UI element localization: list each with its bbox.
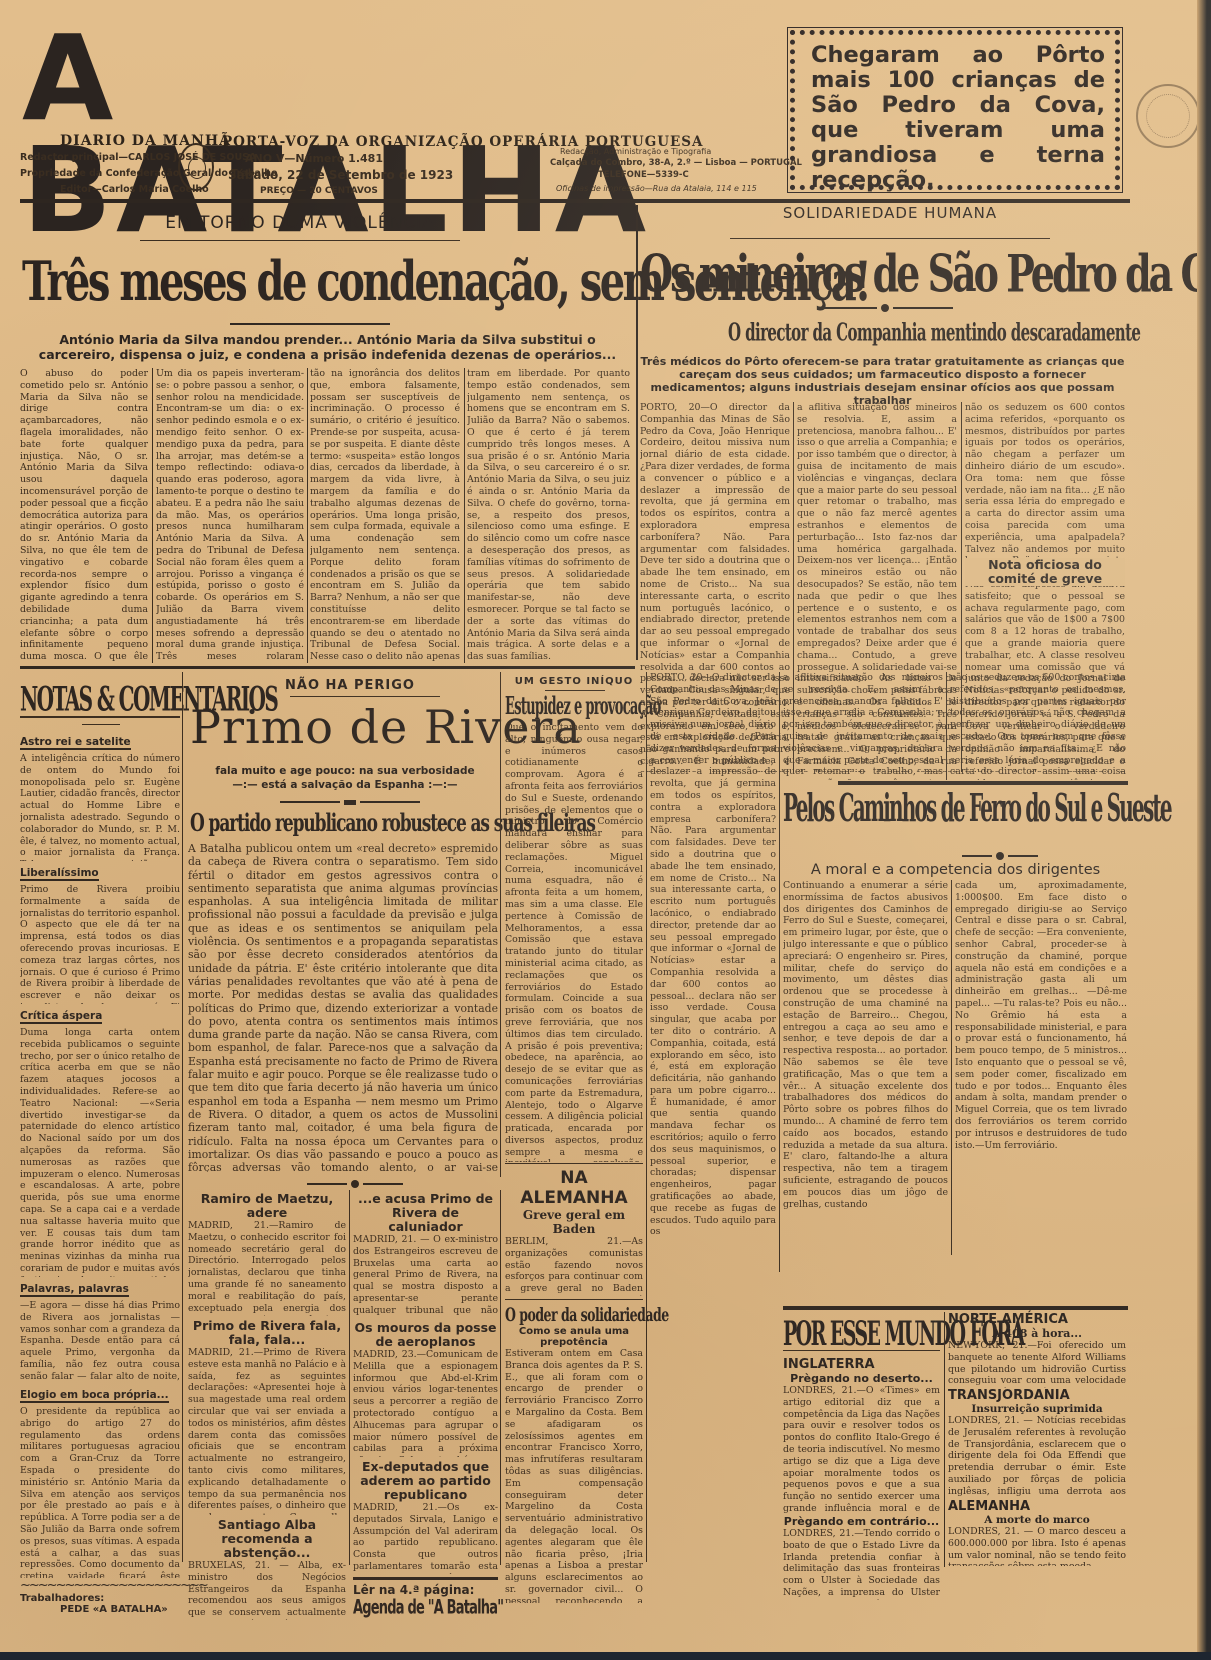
squiggle-ornament: ~~~~~~~~~~~~~~~~~~~~~: [20, 1578, 180, 1593]
item-title: A 408 à hora...: [948, 1327, 1126, 1340]
subheadline-mineiros: O director da Companhia mentindo descara…: [728, 318, 1098, 347]
divider: [82, 724, 120, 725]
item-title: Prègando no deserto...: [783, 1372, 940, 1385]
divider: [353, 1577, 498, 1580]
mundo-col-right: NORTE AMÉRICA A 408 à hora... NEW-YORK, …: [948, 1312, 1126, 1566]
kicker-primo: NÃO HA PERIGO: [250, 678, 450, 693]
solidariedade-headline: O poder da solidariedade: [505, 1303, 643, 1326]
column-rule: [182, 672, 183, 1562]
masthead-title: A BATALHA: [22, 22, 782, 134]
ferro-col-2: cada um, aproximadamente, 1:000$00. Em f…: [955, 880, 1127, 1255]
masthead-redaccao: Redacção, Administração e Tipografia: [560, 147, 711, 156]
issue-price: PREÇO — 20 CENTAVOS: [260, 186, 378, 196]
deck-primo-1: fala muito e age pouco: na sua verbosida…: [190, 764, 500, 778]
section-divider: [20, 666, 635, 669]
solidariedade-deck: Como se anula uma prepotência: [505, 1326, 643, 1348]
section-text: —E agora — disse há dias Primo de Rivera…: [20, 1300, 180, 1383]
column-rule: [500, 1190, 501, 1565]
divider: [140, 240, 460, 241]
ornament-divider: [300, 1180, 410, 1188]
section-text: Primo de Rivera proibiu formalmente a sa…: [20, 884, 180, 1004]
divider: [290, 696, 440, 697]
brief-text: MADRID, 21.—Primo de Rivera esteve esta …: [188, 1347, 346, 1515]
alemanha-text: BERLIM, 21.—As organizações comunistas e…: [505, 1236, 643, 1296]
headline-primo: Primo de Rivera: [190, 702, 500, 752]
brief-title: Primo de Rivera fala, fala, fala...: [188, 1319, 346, 1347]
mineiros-continuation: PORTO, 20—O director da Companhia das Mi…: [650, 672, 776, 1272]
column-rule: [946, 672, 947, 780]
column-rule: [464, 368, 465, 663]
briefs-col-left: Ramiro de Maetzu, adere MADRID, 21.—Rami…: [188, 1192, 346, 1620]
violencia-col-2: Um dia os papeis inverteram-se: o pobre …: [156, 368, 304, 663]
mundo-col-left: INGLATERRA Prègando no deserto... LONDRE…: [783, 1357, 940, 1600]
masthead-redactor: Redactor principal—CARLOS JOSÉ DE SOUSA: [20, 152, 256, 163]
brief-title: Ex-deputados que aderem ao partido repub…: [353, 1460, 498, 1502]
subheadline-ferro: A moral e a competencia dos dirigentes: [783, 862, 1128, 878]
item-title: A morte do marco: [948, 1514, 1126, 1526]
issue-number: ANO V—Número 1.481: [245, 152, 383, 165]
agenda-label: Lêr na 4.ª página:: [353, 1583, 498, 1597]
ornament-divider: [960, 852, 1040, 860]
mundo-fora-header: POR ESSE MUNDO FORA: [783, 1315, 943, 1354]
item-text: LONDRES, 21.—O «Times» em artigo editori…: [783, 1385, 940, 1515]
headline-ferro: Pelos Caminhos de Ferro do Sul e Sueste: [783, 785, 1128, 831]
page-edge: [1197, 0, 1211, 1652]
column-rule: [500, 672, 501, 1177]
divider: [783, 1350, 940, 1351]
country-label: INGLATERRA: [783, 1357, 940, 1372]
section-title: Elogio em boca própria...: [20, 1389, 169, 1403]
section-title: Astro rei e satelite: [20, 736, 131, 750]
newspaper-page: A BATALHA DIARIO DA MANHÃ Redactor princ…: [0, 0, 1211, 1652]
brief-text: MADRID, 21. — O ex-ministro dos Estrange…: [353, 1234, 498, 1318]
brief-title: ...e acusa Primo de Rivera de caluniador: [353, 1192, 498, 1234]
subheadline-primo: O partido republicano robustece as suas …: [190, 809, 500, 838]
alemanha-header: NA ALEMANHA: [505, 1168, 643, 1208]
deck-violencia: António Maria da Silva mandou prender...…: [20, 332, 635, 362]
alemanha-block: NA ALEMANHA Greve geral em Baden BERLIM,…: [505, 1163, 643, 1603]
nota-comite-title: Nota oficiosa do comité de greve: [965, 558, 1125, 586]
masthead-telephone: TELEFONE—5339-C: [598, 170, 689, 180]
kicker-mineiros: SOLIDARIEDADE HUMANA: [700, 204, 1080, 222]
headline-mineiros: Os mineiros de São Pedro da Cova: [640, 243, 1135, 304]
masthead-divider: [20, 199, 1130, 203]
ornament-divider: [180, 320, 440, 328]
section-text: O presidente da república ao abrigo do a…: [20, 1406, 180, 1578]
column-rule: [944, 1312, 945, 1567]
divider: [730, 238, 1050, 239]
violencia-col-4: tram em liberdade. Por quanto tempo estã…: [467, 368, 630, 663]
solidariedade-text: Estiveram ontem em Casa Branca dois agen…: [505, 1348, 643, 1603]
section-title: Crítica áspera: [20, 1010, 102, 1024]
section-title: Palavras, palavras: [20, 1283, 129, 1297]
issue-date: Sábado, 22 de Setembro de 1923: [228, 168, 453, 182]
item-title: Prègando em contrário...: [783, 1515, 940, 1528]
kicker-violencia: EM TORNO DUMA VIOLÊNCIA: [110, 213, 490, 233]
brief-text: MADRID, 21.—Os ex-deputados Sirvala, Lan…: [353, 1502, 498, 1574]
item-text: LONDRES, 21. — O marco desceu a 600.000.…: [948, 1526, 1126, 1566]
footer-text: PEDE «A BATALHA»: [20, 1604, 180, 1615]
footer-label: Trabalhadores:: [20, 1593, 180, 1604]
column-rule: [636, 205, 638, 660]
section-text: A inteligência crítica do número de onte…: [20, 753, 180, 861]
agenda-title: Agenda de "A Batalha": [353, 1597, 498, 1620]
column-rule: [646, 672, 647, 1562]
headline-estupidez: Estupidez e provocação: [505, 693, 645, 722]
divider: [20, 716, 180, 718]
briefs-col-right: ...e acusa Primo de Rivera de caluniador…: [353, 1192, 498, 1612]
cgt-seal-icon: [178, 143, 214, 191]
ferro-col-1: Continuando a enumerar a série enormíssi…: [783, 880, 948, 1255]
estupidez-body: Que o incitamento vem do alto, ninguém o…: [505, 722, 643, 1162]
notas-header: NOTAS & COMENTARIOS: [20, 678, 180, 719]
brief-text: MADRID, 21.—Ramiro de Maetzu, o conhecid…: [188, 1220, 346, 1316]
country-label: TRANSJORDANIA: [948, 1388, 1126, 1403]
item-text: NEW-YORK, 21.—Foi oferecido um banquete …: [948, 1340, 1126, 1388]
masthead-address: Calçada do Combro, 38-A, 2.º — Lisboa — …: [550, 158, 802, 168]
item-title: Insurreição suprimida: [948, 1403, 1126, 1415]
brief-text: MADRID, 23.—Comunicam de Melilla que a e…: [353, 1349, 498, 1457]
section-divider: [783, 1306, 1128, 1310]
mineiros-col-3-cont: não os seduzem os 600 contos acima refer…: [950, 672, 1126, 780]
mineiros-col-2-cont: a aflitiva situação dos mineiros se reso…: [783, 672, 943, 780]
violencia-col-1: O abuso do poder cometido pelo sr. Antón…: [20, 368, 148, 663]
violencia-col-3: tão na ignorância dos delitos que, embor…: [310, 368, 460, 663]
ornament-divider: [810, 304, 960, 312]
section-title: Liberalíssimo: [20, 867, 99, 881]
headline-violencia: Três meses de condenação, sem sentença!: [22, 250, 632, 313]
library-stamp-icon: [1136, 84, 1200, 148]
column-rule: [951, 880, 952, 1255]
primo-body: A Batalha publicou ontem um «real decret…: [188, 842, 498, 1172]
masthead-oficinas: Oficinas de impressão—Rua da Atalaia, 11…: [556, 184, 757, 193]
alemanha-title: Greve geral em Baden: [505, 1208, 643, 1236]
divider: [505, 1299, 643, 1300]
notas-column: Astro rei e satelite A inteligência crít…: [20, 730, 180, 1615]
item-text: LONDRES, 21. — Notícias recebidas de Jer…: [948, 1415, 1126, 1499]
column-rule: [779, 672, 780, 1272]
column-rule: [307, 368, 308, 663]
column-rule: [349, 1190, 350, 1565]
brief-title: Ramiro de Maetzu, adere: [188, 1192, 346, 1220]
divider: [505, 1163, 643, 1164]
brief-text: BRUXELAS, 21. — Alba, ex-ministro dos Ne…: [188, 1560, 346, 1620]
ornament-divider: [280, 798, 420, 806]
brief-title: Santiago Alba recomenda a abstenção...: [188, 1518, 346, 1560]
deck-primo-2: —:— está a salvação da Espanha :—:—: [190, 778, 500, 792]
country-label: ALEMANHA: [948, 1499, 1126, 1514]
column-rule: [152, 368, 153, 663]
deck-mineiros: Três médicos do Pôrto oferecem-se para t…: [640, 355, 1125, 407]
promo-box-criancas: Chegaram ao Pôrto mais 100 crianças de S…: [790, 30, 1120, 190]
brief-title: Os mouros da posse de aeroplanos: [353, 1321, 498, 1349]
item-text: LONDRES, 21.—Tendo corrido o boato de qu…: [783, 1528, 940, 1600]
kicker-estupidez: UM GESTO INÍQUO: [505, 676, 643, 687]
divider: [545, 690, 605, 691]
country-label: NORTE AMÉRICA: [948, 1312, 1126, 1327]
section-text: Duma longa carta ontem recebida publicam…: [20, 1027, 180, 1277]
